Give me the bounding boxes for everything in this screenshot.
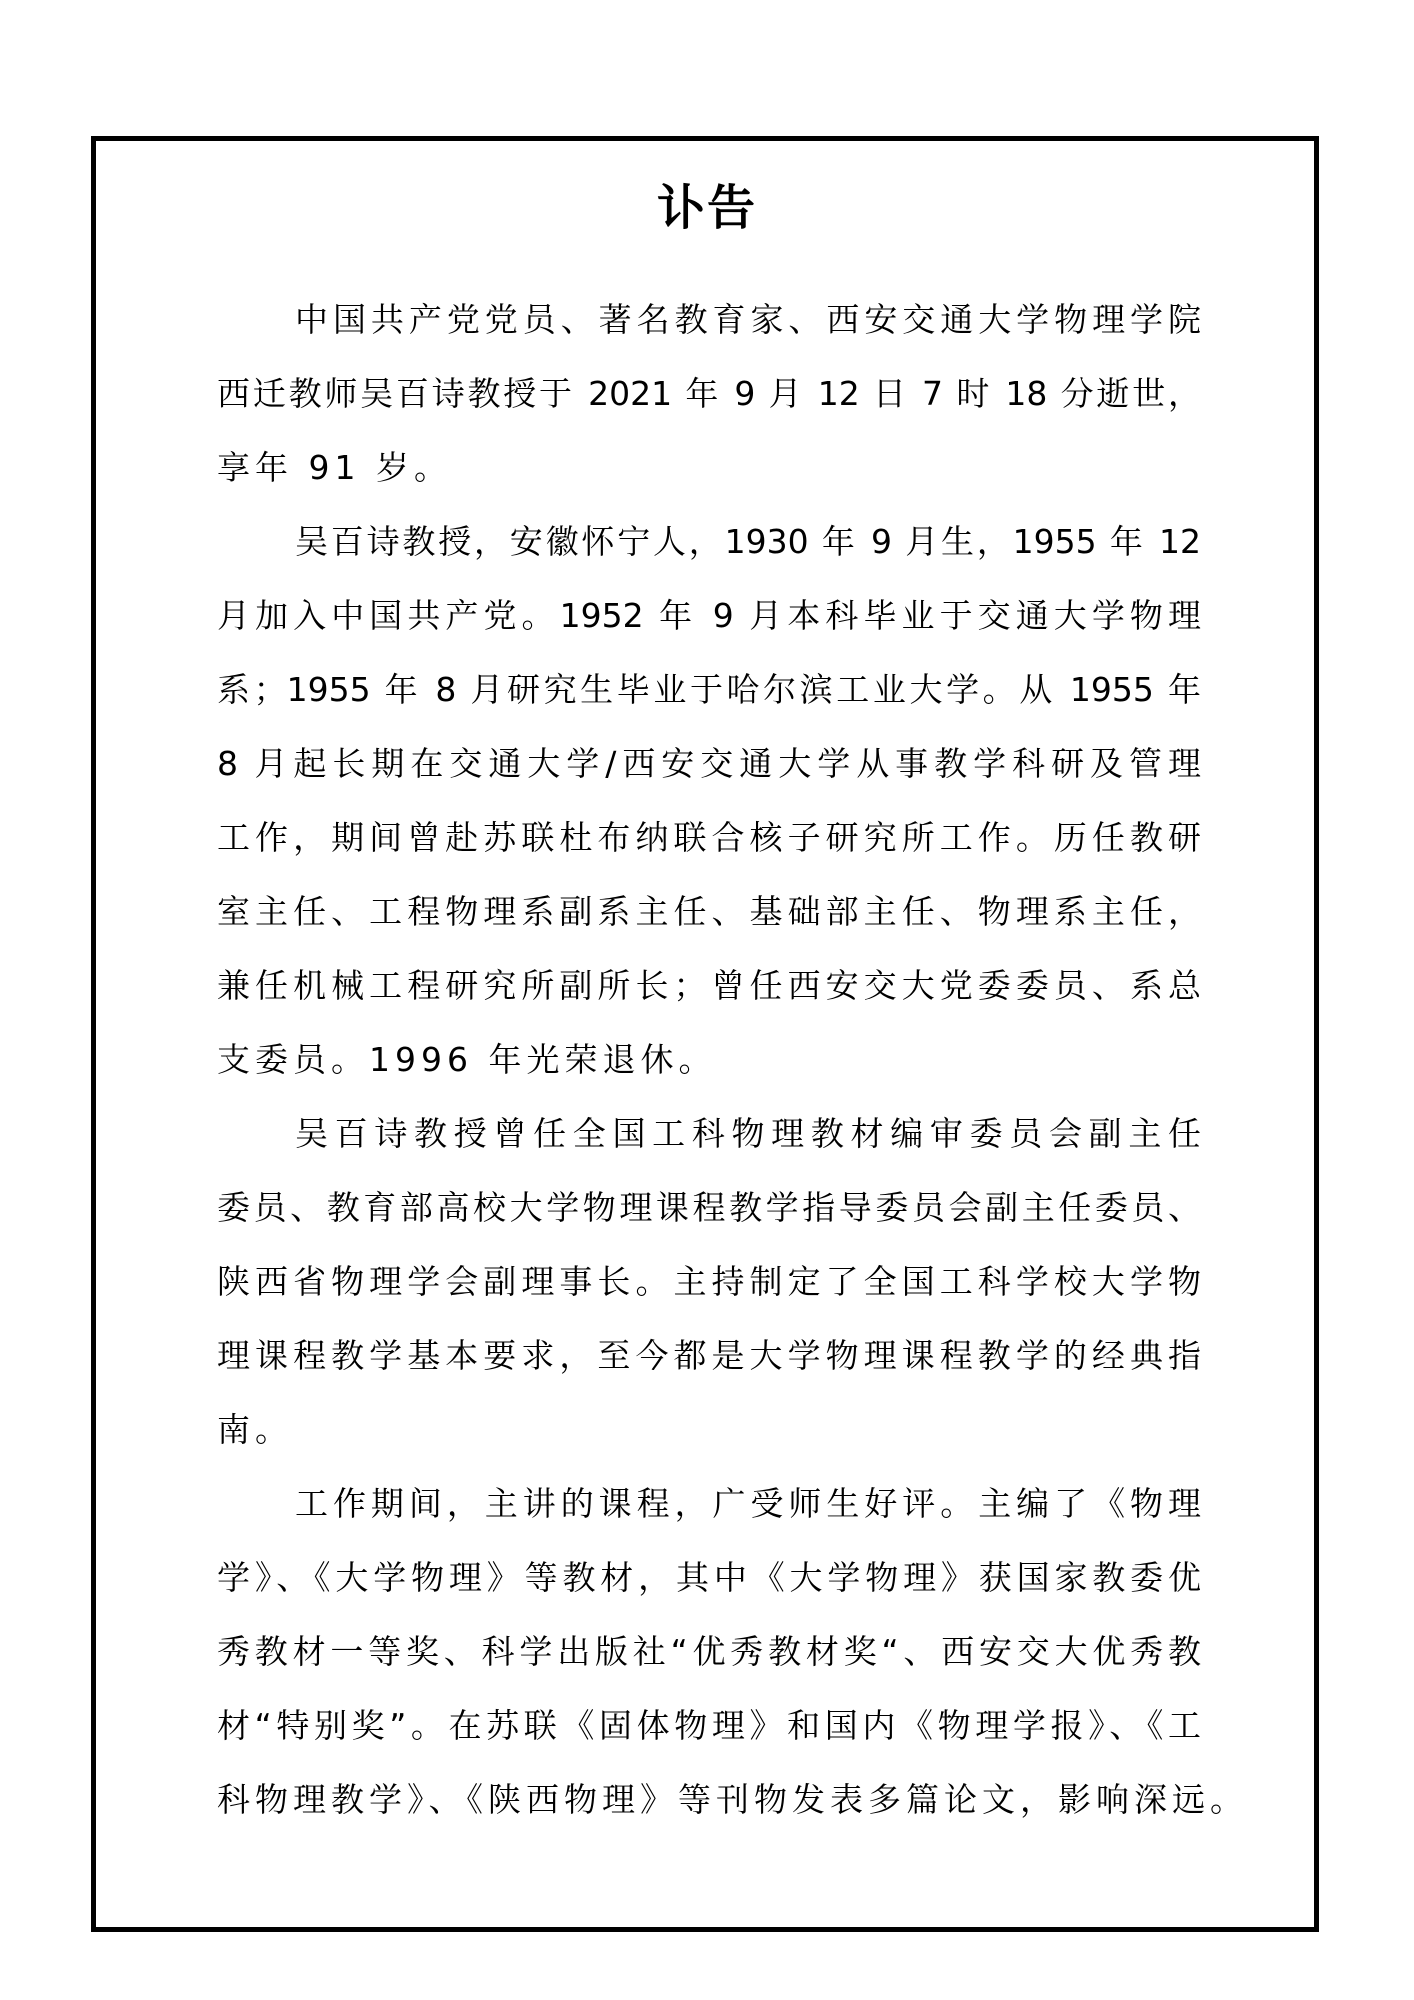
paragraph-line: 中国共产党党员、著名教育家、西安交通大学物理学院 [217,283,1201,357]
paragraph-4: 工作期间，主讲的课程，广受师生好评。主编了《物理 学》、《大学物理》等教材，其中… [217,1467,1201,1837]
obituary-title: 讣告 [0,178,1414,238]
paragraph-2: 吴百诗教授，安徽怀宁人，1930 年 9 月生，1955 年 12 月加入中国共… [217,505,1201,1097]
paragraph-line: 享年 91 岁。 [217,431,1201,505]
paragraph-line: 科物理教学》、《陕西物理》等刊物发表多篇论文，影响深远。 [217,1763,1201,1837]
paragraph-line: 吴百诗教授，安徽怀宁人，1930 年 9 月生，1955 年 12 [217,505,1201,579]
paragraph-3: 吴百诗教授曾任全国工科物理教材编审委员会副主任 委员、教育部高校大学物理课程教学… [217,1097,1201,1467]
paragraph-line: 陕西省物理学会副理事长。主持制定了全国工科学校大学物 [217,1245,1201,1319]
paragraph-line: 系；1955 年 8 月研究生毕业于哈尔滨工业大学。从 1955 年 [217,653,1201,727]
paragraph-line: 工作期间，主讲的课程，广受师生好评。主编了《物理 [217,1467,1201,1541]
paragraph-line: 秀教材一等奖、科学出版社“优秀教材奖“、西安交大优秀教 [217,1615,1201,1689]
paragraph-line: 室主任、工程物理系副系主任、基础部主任、物理系主任， [217,875,1201,949]
paragraph-line: 工作，期间曾赴苏联杜布纳联合核子研究所工作。历任教研 [217,801,1201,875]
paragraph-line: 月加入中国共产党。1952 年 9 月本科毕业于交通大学物理 [217,579,1201,653]
paragraph-line: 8 月起长期在交通大学/西安交通大学从事教学科研及管理 [217,727,1201,801]
paragraph-line: 南。 [217,1393,1201,1467]
paragraph-1: 中国共产党党员、著名教育家、西安交通大学物理学院 西迁教师吴百诗教授于 2021… [217,283,1201,505]
paragraph-line: 兼任机械工程研究所副所长；曾任西安交大党委委员、系总 [217,949,1201,1023]
paragraph-line: 委员、教育部高校大学物理课程教学指导委员会副主任委员、 [217,1171,1201,1245]
paragraph-line: 材“特别奖”。在苏联《固体物理》和国内《物理学报》、《工 [217,1689,1201,1763]
paragraph-line: 理课程教学基本要求，至今都是大学物理课程教学的经典指 [217,1319,1201,1393]
paragraph-line: 吴百诗教授曾任全国工科物理教材编审委员会副主任 [217,1097,1201,1171]
paragraph-line: 西迁教师吴百诗教授于 2021 年 9 月 12 日 7 时 18 分逝世， [217,357,1201,431]
paragraph-line: 学》、《大学物理》等教材，其中《大学物理》获国家教委优 [217,1541,1201,1615]
paragraph-line: 支委员。1996 年光荣退休。 [217,1023,1201,1097]
obituary-body: 中国共产党党员、著名教育家、西安交通大学物理学院 西迁教师吴百诗教授于 2021… [217,283,1201,1837]
